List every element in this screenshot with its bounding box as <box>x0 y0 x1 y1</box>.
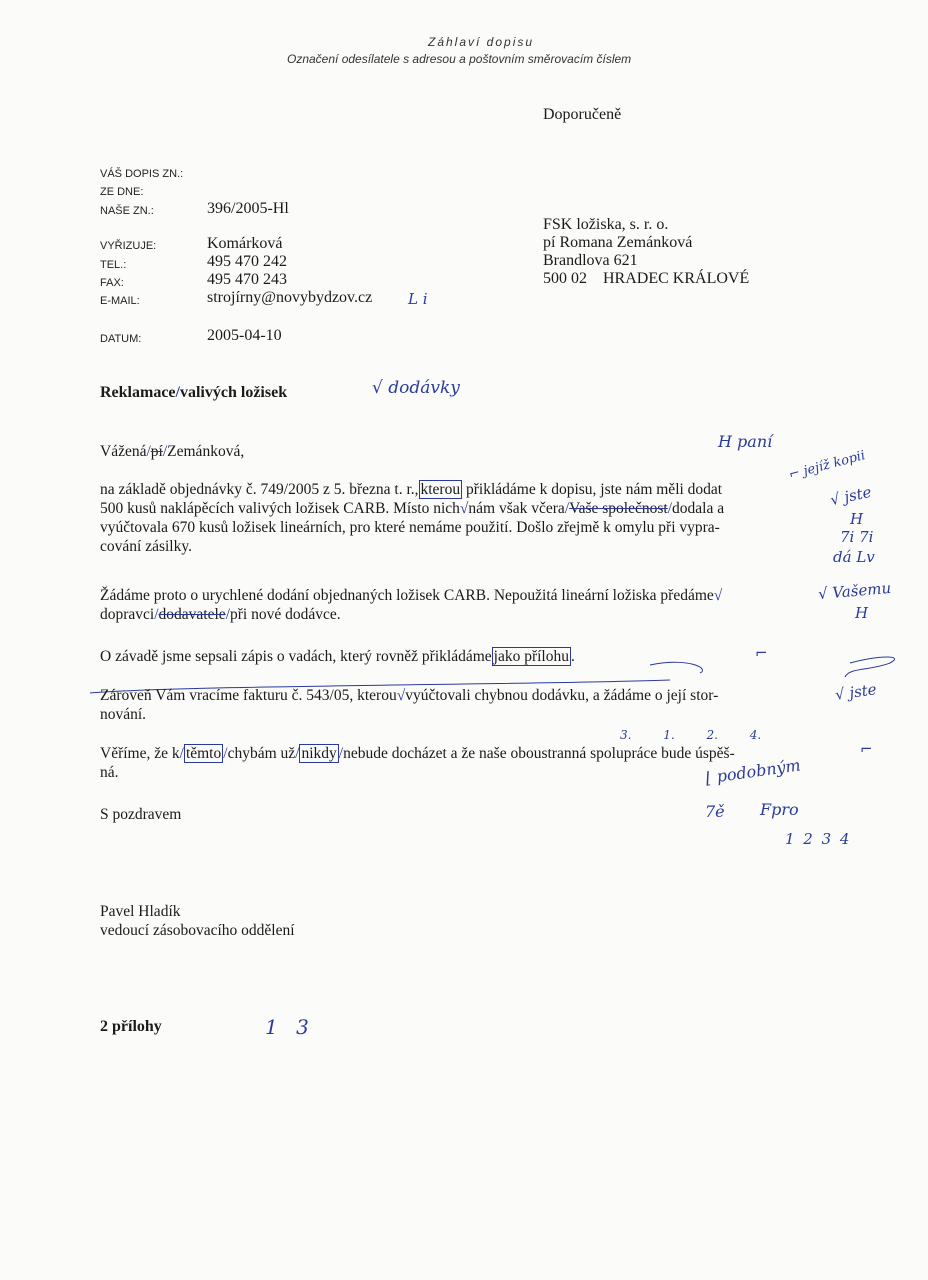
recipient-city: HRADEC KRÁLOVÉ <box>603 270 749 287</box>
attachments: 2 přílohy <box>100 1018 162 1036</box>
paragraph-5-line-1: Věříme, že k/těmto/chybám už/nikdy/nebud… <box>100 745 735 763</box>
recipient-street: Brandlova 621 <box>543 252 638 270</box>
salutation-struck: pí <box>151 443 163 460</box>
delivery-note: Doporučeně <box>543 106 621 124</box>
date-value: 2005-04-10 <box>207 327 282 345</box>
paragraph-5-line-2: ná. <box>100 764 119 782</box>
salutation: Vážená/pí/Zemánková, <box>100 443 244 461</box>
handled-by-value: Komárková <box>207 235 283 253</box>
handwritten-subject-insert: √ dodávky <box>372 378 460 398</box>
p2-text: při nové dodávce. <box>230 606 341 623</box>
p1-boxed-word: kterou <box>419 480 463 499</box>
paragraph-1-line-1: na základě objednávky č. 749/2005 z 5. b… <box>100 481 722 499</box>
subject-part2: valivých ložisek <box>180 384 287 401</box>
email-value[interactable]: strojírny@novybydzov.cz <box>207 289 372 307</box>
paragraph-2-line-2: dopravci/dodavatele/při nové dodávce. <box>100 606 341 624</box>
recipient-person: pí Romana Zemánková <box>543 234 692 252</box>
handwritten-order-numbers: 3. 1. 2. 4. <box>620 728 761 742</box>
p1-struck: Vaše společnost <box>569 500 668 517</box>
handled-by-label: VYŘIZUJE: <box>100 240 156 252</box>
subject-part1: Reklamace <box>100 384 176 401</box>
p1-text: dodala a <box>672 500 724 517</box>
p5-text: Věříme, že k <box>100 745 180 762</box>
handwritten-vasemu: √ Vašemu <box>817 579 891 603</box>
letterhead-title: Záhlaví dopisu <box>428 35 534 49</box>
handwritten-h-1: H <box>850 510 863 528</box>
paragraph-4-line-1: Zároveň Vám vracíme fakturu č. 543/05, k… <box>100 687 718 705</box>
letterhead-subtitle: Označení odesílatele s adresou a poštovn… <box>287 52 631 66</box>
handwritten-attachment-numbers: 1 3 <box>265 1015 315 1039</box>
our-ref-label: NAŠE ZN.: <box>100 205 154 217</box>
p2-struck: dodavatele <box>159 606 226 623</box>
handwritten-jejiz-kopii: ⌐ jejíž kopii <box>787 448 866 483</box>
paragraph-1-line-3: vyúčtovala 670 kusů ložisek lineárních, … <box>100 519 720 537</box>
p2-text: dopravci <box>100 606 154 623</box>
p5-text: chybám už <box>228 745 296 762</box>
p1-text: na základě objednávky č. 749/2005 z 5. b… <box>100 481 419 498</box>
handwritten-h-2: H <box>855 604 868 622</box>
p5-boxed-word-1: těmto <box>184 744 223 763</box>
signature-name: Pavel Hladík <box>100 903 181 921</box>
paragraph-1-line-4: cování zásilky. <box>100 538 192 556</box>
handwritten-v-jste-1: √ jste <box>829 483 873 509</box>
salutation-part1: Vážená <box>100 443 146 460</box>
handwritten-email-mark: L i <box>408 290 428 308</box>
paragraph-4-line-2: nování. <box>100 706 146 724</box>
handwritten-pani: H paní <box>718 432 772 451</box>
email-label: E-MAIL: <box>100 295 140 307</box>
paragraph-2-line-1: Žádáme proto o urychlené dodání objednan… <box>100 587 722 605</box>
p4-text: Zároveň Vám vracíme fakturu č. 543/05, k… <box>100 687 397 704</box>
handwritten-fpro: Fpro <box>760 800 799 819</box>
p1-text: 500 kusů naklápěcích valivých ložisek CA… <box>100 500 460 517</box>
p5-boxed-word-2: nikdy <box>299 744 338 763</box>
your-ref-label: VÁŠ DOPIS ZN.: <box>100 168 183 180</box>
signature-title: vedoucí zásobovacího oddělení <box>100 922 295 940</box>
p5-text: nebude docházet a že naše oboustranná sp… <box>343 745 735 762</box>
handwritten-mark-4: ⌐ <box>860 740 873 758</box>
p1-text: nám však včera <box>468 500 564 517</box>
tel-value: 495 470 242 <box>207 253 287 271</box>
paragraph-1-line-2: 500 kusů naklápěcích valivých ložisek CA… <box>100 500 724 518</box>
fax-label: FAX: <box>100 277 124 289</box>
p2-text: Žádáme proto o urychlené dodání objednan… <box>100 587 714 604</box>
tel-label: TEL.: <box>100 259 126 271</box>
salutation-part2: Zemánková, <box>167 443 244 460</box>
fax-value: 495 470 243 <box>207 271 287 289</box>
recipient-company: FSK ložiska, s. r. o. <box>543 216 668 234</box>
subject-line: Reklamace/valivých ložisek <box>100 384 287 402</box>
handwritten-numbers-1234: 1 2 3 4 <box>785 830 851 848</box>
date-label: DATUM: <box>100 333 141 345</box>
handwritten-ti-ti: 7i 7i <box>840 528 873 546</box>
handwritten-da-lv: dá Lv <box>833 548 875 566</box>
handwritten-te: 7ě <box>705 802 725 821</box>
date-of-label: ZE DNE: <box>100 186 143 198</box>
recipient-postcode-city: 500 02 HRADEC KRÁLOVÉ <box>543 270 749 288</box>
p4-text: vyúčtovali chybnou dodávku, a žádáme o j… <box>405 687 718 704</box>
closing: S pozdravem <box>100 806 181 824</box>
recipient-postcode: 500 02 <box>543 270 587 287</box>
our-ref-value: 396/2005-Hl <box>207 200 289 218</box>
p1-text: přikládáme k dopisu, jste nám měli dodat <box>466 481 722 498</box>
